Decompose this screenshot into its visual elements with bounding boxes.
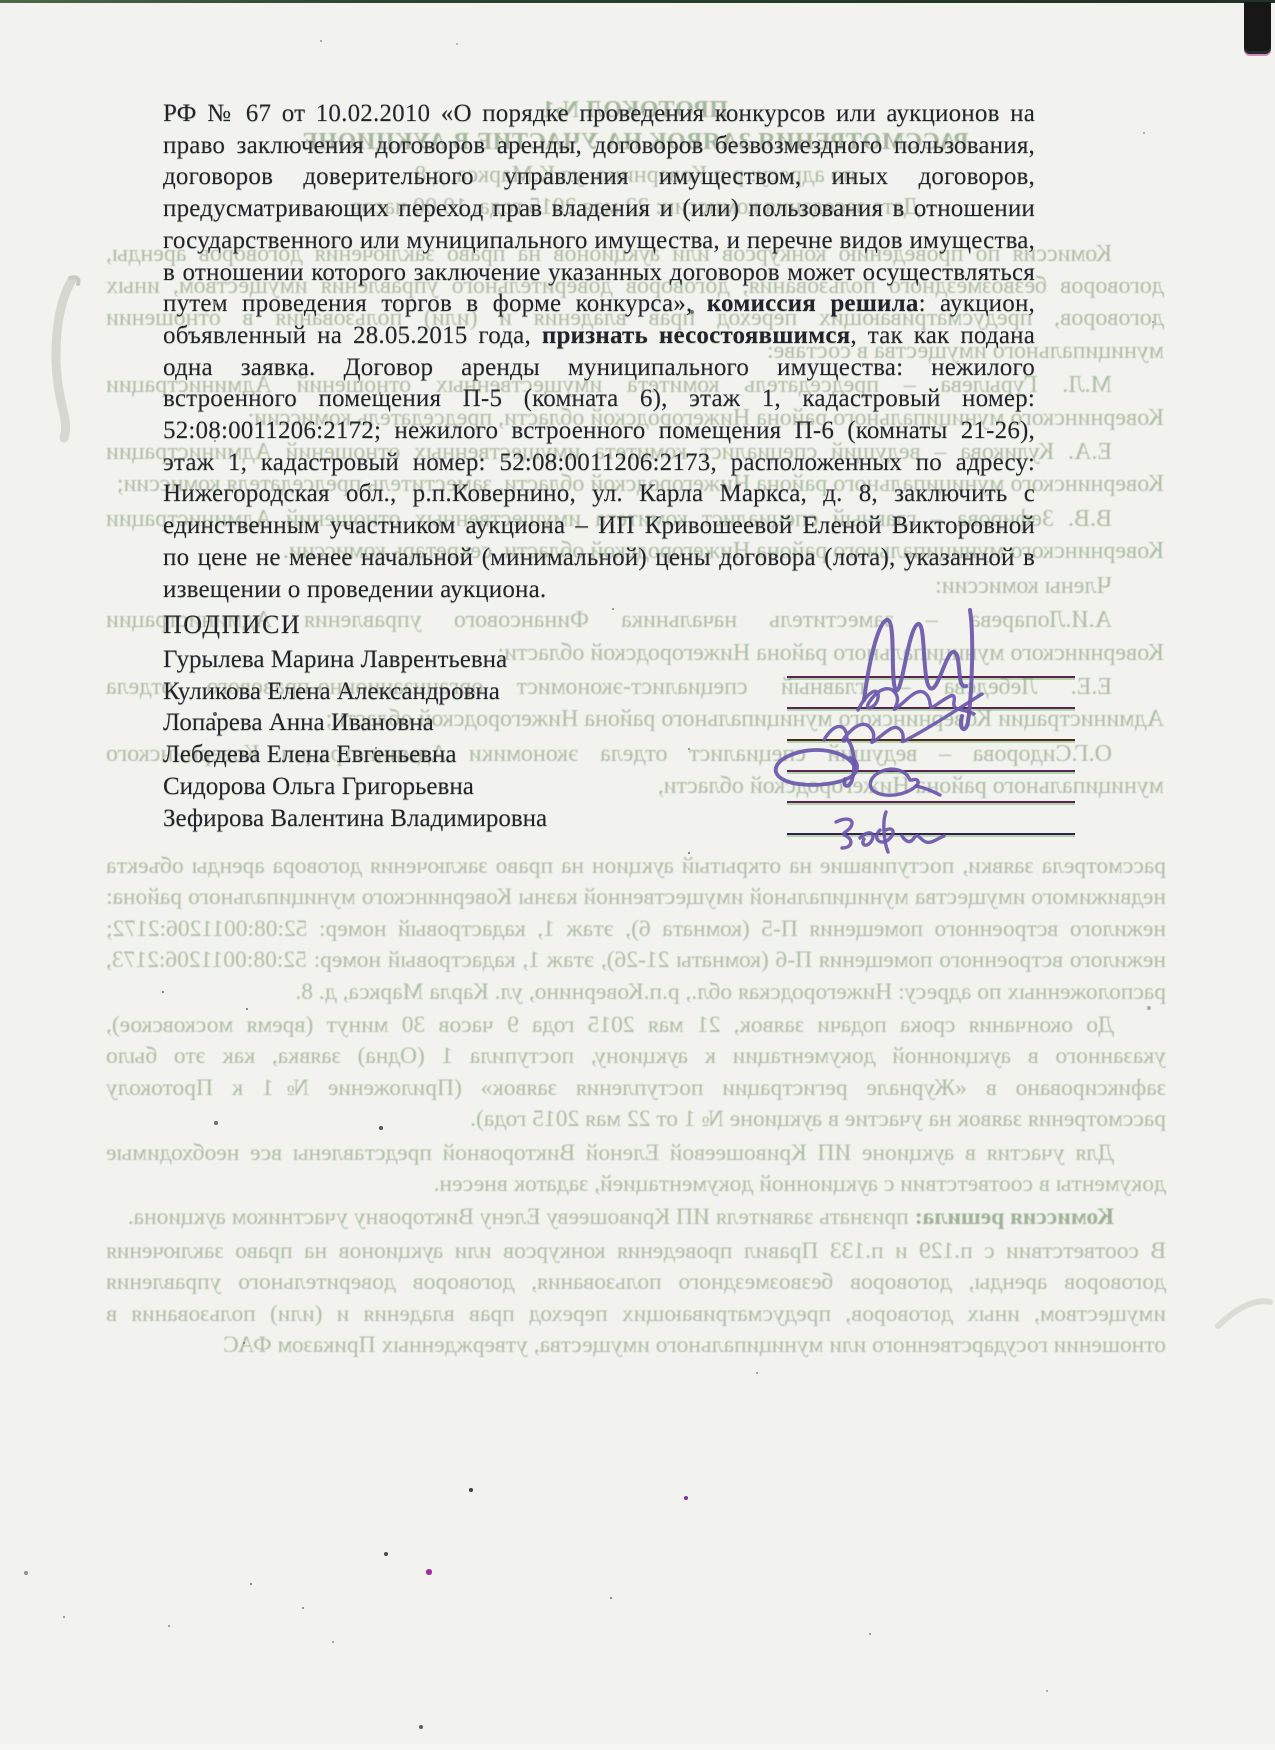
text-run: РФ № 67 от 10.02.2010 «О порядке проведе… <box>163 100 1035 317</box>
text-run: признать заявителя ИП Кривошееву Елену В… <box>128 1204 915 1230</box>
paper-smudge <box>48 266 92 456</box>
scanner-corner-mark <box>1244 2 1271 54</box>
paper-wisp <box>1212 1282 1275 1342</box>
signatory-name: Лопарева Анна Ивановна <box>163 707 547 739</box>
signatory-name: Сидорова Ольга Григорьевна <box>163 771 547 803</box>
signature-4-ink <box>776 740 857 786</box>
signature-5-ink <box>870 769 940 795</box>
text-run: Для участия в аукционе ИП Кривошеевой Ел… <box>106 1140 1166 1197</box>
signatory-name: Гурылева Марина Лаврентьевна <box>163 644 547 676</box>
body-paragraph: РФ № 67 от 10.02.2010 «О порядке проведе… <box>163 98 1035 605</box>
signatory-name: Зефирова Валентина Владимировна <box>163 803 547 835</box>
bleedthrough-lower: рассмотрела заявки, поступившие на откры… <box>106 851 1166 1364</box>
text-run: В соответствии с п.129 и п.133 Правил пр… <box>106 1238 1166 1358</box>
signatures-heading: ПОДПИСИ <box>163 610 301 640</box>
scan-edge-line <box>0 0 1275 3</box>
bold-phrase: признать несостоявшимся <box>542 322 851 349</box>
signatory-name: Куликова Елена Александровна <box>163 676 547 708</box>
bleedthrough-paragraph: До окончания срока подачи заявок, 21 мая… <box>106 1010 1166 1136</box>
handwritten-signatures <box>752 588 1092 898</box>
signature-6-ink <box>836 812 944 852</box>
bold-phrase: комиссия решила <box>707 290 919 317</box>
scanned-document-page: ПРОТОКОЛ №1РАССМОТРЕНИЯ ЗАЯВОК НА УЧАСТИ… <box>0 0 1275 1750</box>
signatory-list: Гурылева Марина ЛаврентьевнаКуликова Еле… <box>163 644 547 834</box>
bleedthrough-paragraph: Для участия в аукционе ИП Кривошеевой Ел… <box>106 1138 1166 1201</box>
text-run: До окончания срока подачи заявок, 21 мая… <box>106 1012 1166 1132</box>
bold-phrase: Комиссия решила: <box>915 1204 1114 1230</box>
bleedthrough-paragraph: Комиссия решила: признать заявителя ИП К… <box>106 1202 1166 1233</box>
bleedthrough-lower-paragraphs: рассмотрела заявки, поступившие на откры… <box>106 851 1166 1362</box>
signatory-name: Лебедева Елена Евгеньевна <box>163 739 547 771</box>
scan-specks <box>0 0 2 2</box>
bleedthrough-paragraph: В соответствии с п.129 и п.133 Правил пр… <box>106 1236 1166 1362</box>
text-run: , так как подана одна заявка. Договор ар… <box>163 322 1035 603</box>
scan-bottom-edge <box>0 1744 1275 1750</box>
